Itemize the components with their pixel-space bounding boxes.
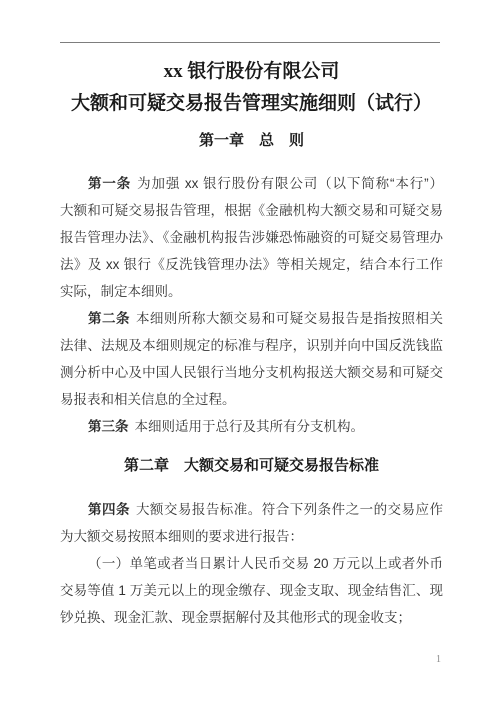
document-title-line-2: 大额和可疑交易报告管理实施细则（试行） xyxy=(60,88,443,120)
article-1-line-5: 实际，制定本细则。 xyxy=(60,278,443,305)
list-item-1-line-2: 交易等值 1 万美元以上的现金缴存、现金支取、现金结售汇、现 xyxy=(60,577,443,604)
article-4: 第四条大额交易报告标准。符合下列条件之一的交易应作 为大额交易按照本细则的要求进… xyxy=(60,496,443,550)
article-2-label: 第二条 xyxy=(88,311,130,326)
chapter-2-heading: 第二章 大额交易和可疑交易报告标准 xyxy=(60,453,443,480)
document-body: 第一条为加强 xx 银行股份有限公司（以下简称“本行”） 大额和可疑交易报告管理… xyxy=(60,170,443,631)
article-4-line-1: 第四条大额交易报告标准。符合下列条件之一的交易应作 xyxy=(60,496,443,523)
article-3-line-1: 第三条本细则适用于总行及其所有分支机构。 xyxy=(60,413,443,440)
article-2-line-3: 测分析中心及中国人民银行当地分支机构报送大额交易和可疑交 xyxy=(60,359,443,386)
article-2-text: 本细则所称大额交易和可疑交易报告是指按照相关 xyxy=(136,311,443,326)
article-2-line-2: 法律、法规及本细则规定的标准与程序，识别并向中国反洗钱监 xyxy=(60,332,443,359)
article-1-line-2: 大额和可疑交易报告管理，根据《金融机构大额交易和可疑交易 xyxy=(60,197,443,224)
article-1-line-4: 法》及 xx 银行《反洗钱管理办法》等相关规定，结合本行工作 xyxy=(60,251,443,278)
document-title-line-1: xx 银行股份有限公司 xyxy=(60,56,443,88)
article-1-line-3: 报告管理办法》、《金融机构报告涉嫌恐怖融资的可疑交易管理办 xyxy=(60,224,443,251)
document-title: xx 银行股份有限公司 大额和可疑交易报告管理实施细则（试行） xyxy=(60,56,443,120)
list-item-1-line-1: （一）单笔或者当日累计人民币交易 20 万元以上或者外币 xyxy=(60,550,443,577)
article-4-line-2: 为大额交易按照本细则的要求进行报告： xyxy=(60,523,443,550)
article-1-line-1: 第一条为加强 xx 银行股份有限公司（以下简称“本行”） xyxy=(60,170,443,197)
article-2: 第二条本细则所称大额交易和可疑交易报告是指按照相关 法律、法规及本细则规定的标准… xyxy=(60,305,443,413)
document-page: xx 银行股份有限公司 大额和可疑交易报告管理实施细则（试行） 第一章 总 则 … xyxy=(0,0,500,707)
article-2-line-1: 第二条本细则所称大额交易和可疑交易报告是指按照相关 xyxy=(60,305,443,332)
article-3-text: 本细则适用于总行及其所有分支机构。 xyxy=(135,419,365,434)
chapter-1-heading: 第一章 总 则 xyxy=(60,128,443,155)
article-3: 第三条本细则适用于总行及其所有分支机构。 xyxy=(60,413,443,440)
article-1-text: 为加强 xx 银行股份有限公司（以下简称“本行”） xyxy=(137,176,443,191)
article-1: 第一条为加强 xx 银行股份有限公司（以下简称“本行”） 大额和可疑交易报告管理… xyxy=(60,170,443,305)
header-rule xyxy=(60,42,440,43)
article-2-line-4: 易报表和相关信息的全过程。 xyxy=(60,386,443,413)
page-number: 1 xyxy=(436,654,441,665)
article-1-label: 第一条 xyxy=(88,176,131,191)
article-4-label: 第四条 xyxy=(88,502,130,517)
article-3-label: 第三条 xyxy=(88,419,129,434)
article-4-text: 大额交易报告标准。符合下列条件之一的交易应作 xyxy=(136,502,443,517)
list-item-1-line-3: 钞兑换、现金汇款、现金票据解付及其他形式的现金收支； xyxy=(60,604,443,631)
list-item-1: （一）单笔或者当日累计人民币交易 20 万元以上或者外币 交易等值 1 万美元以… xyxy=(60,550,443,631)
